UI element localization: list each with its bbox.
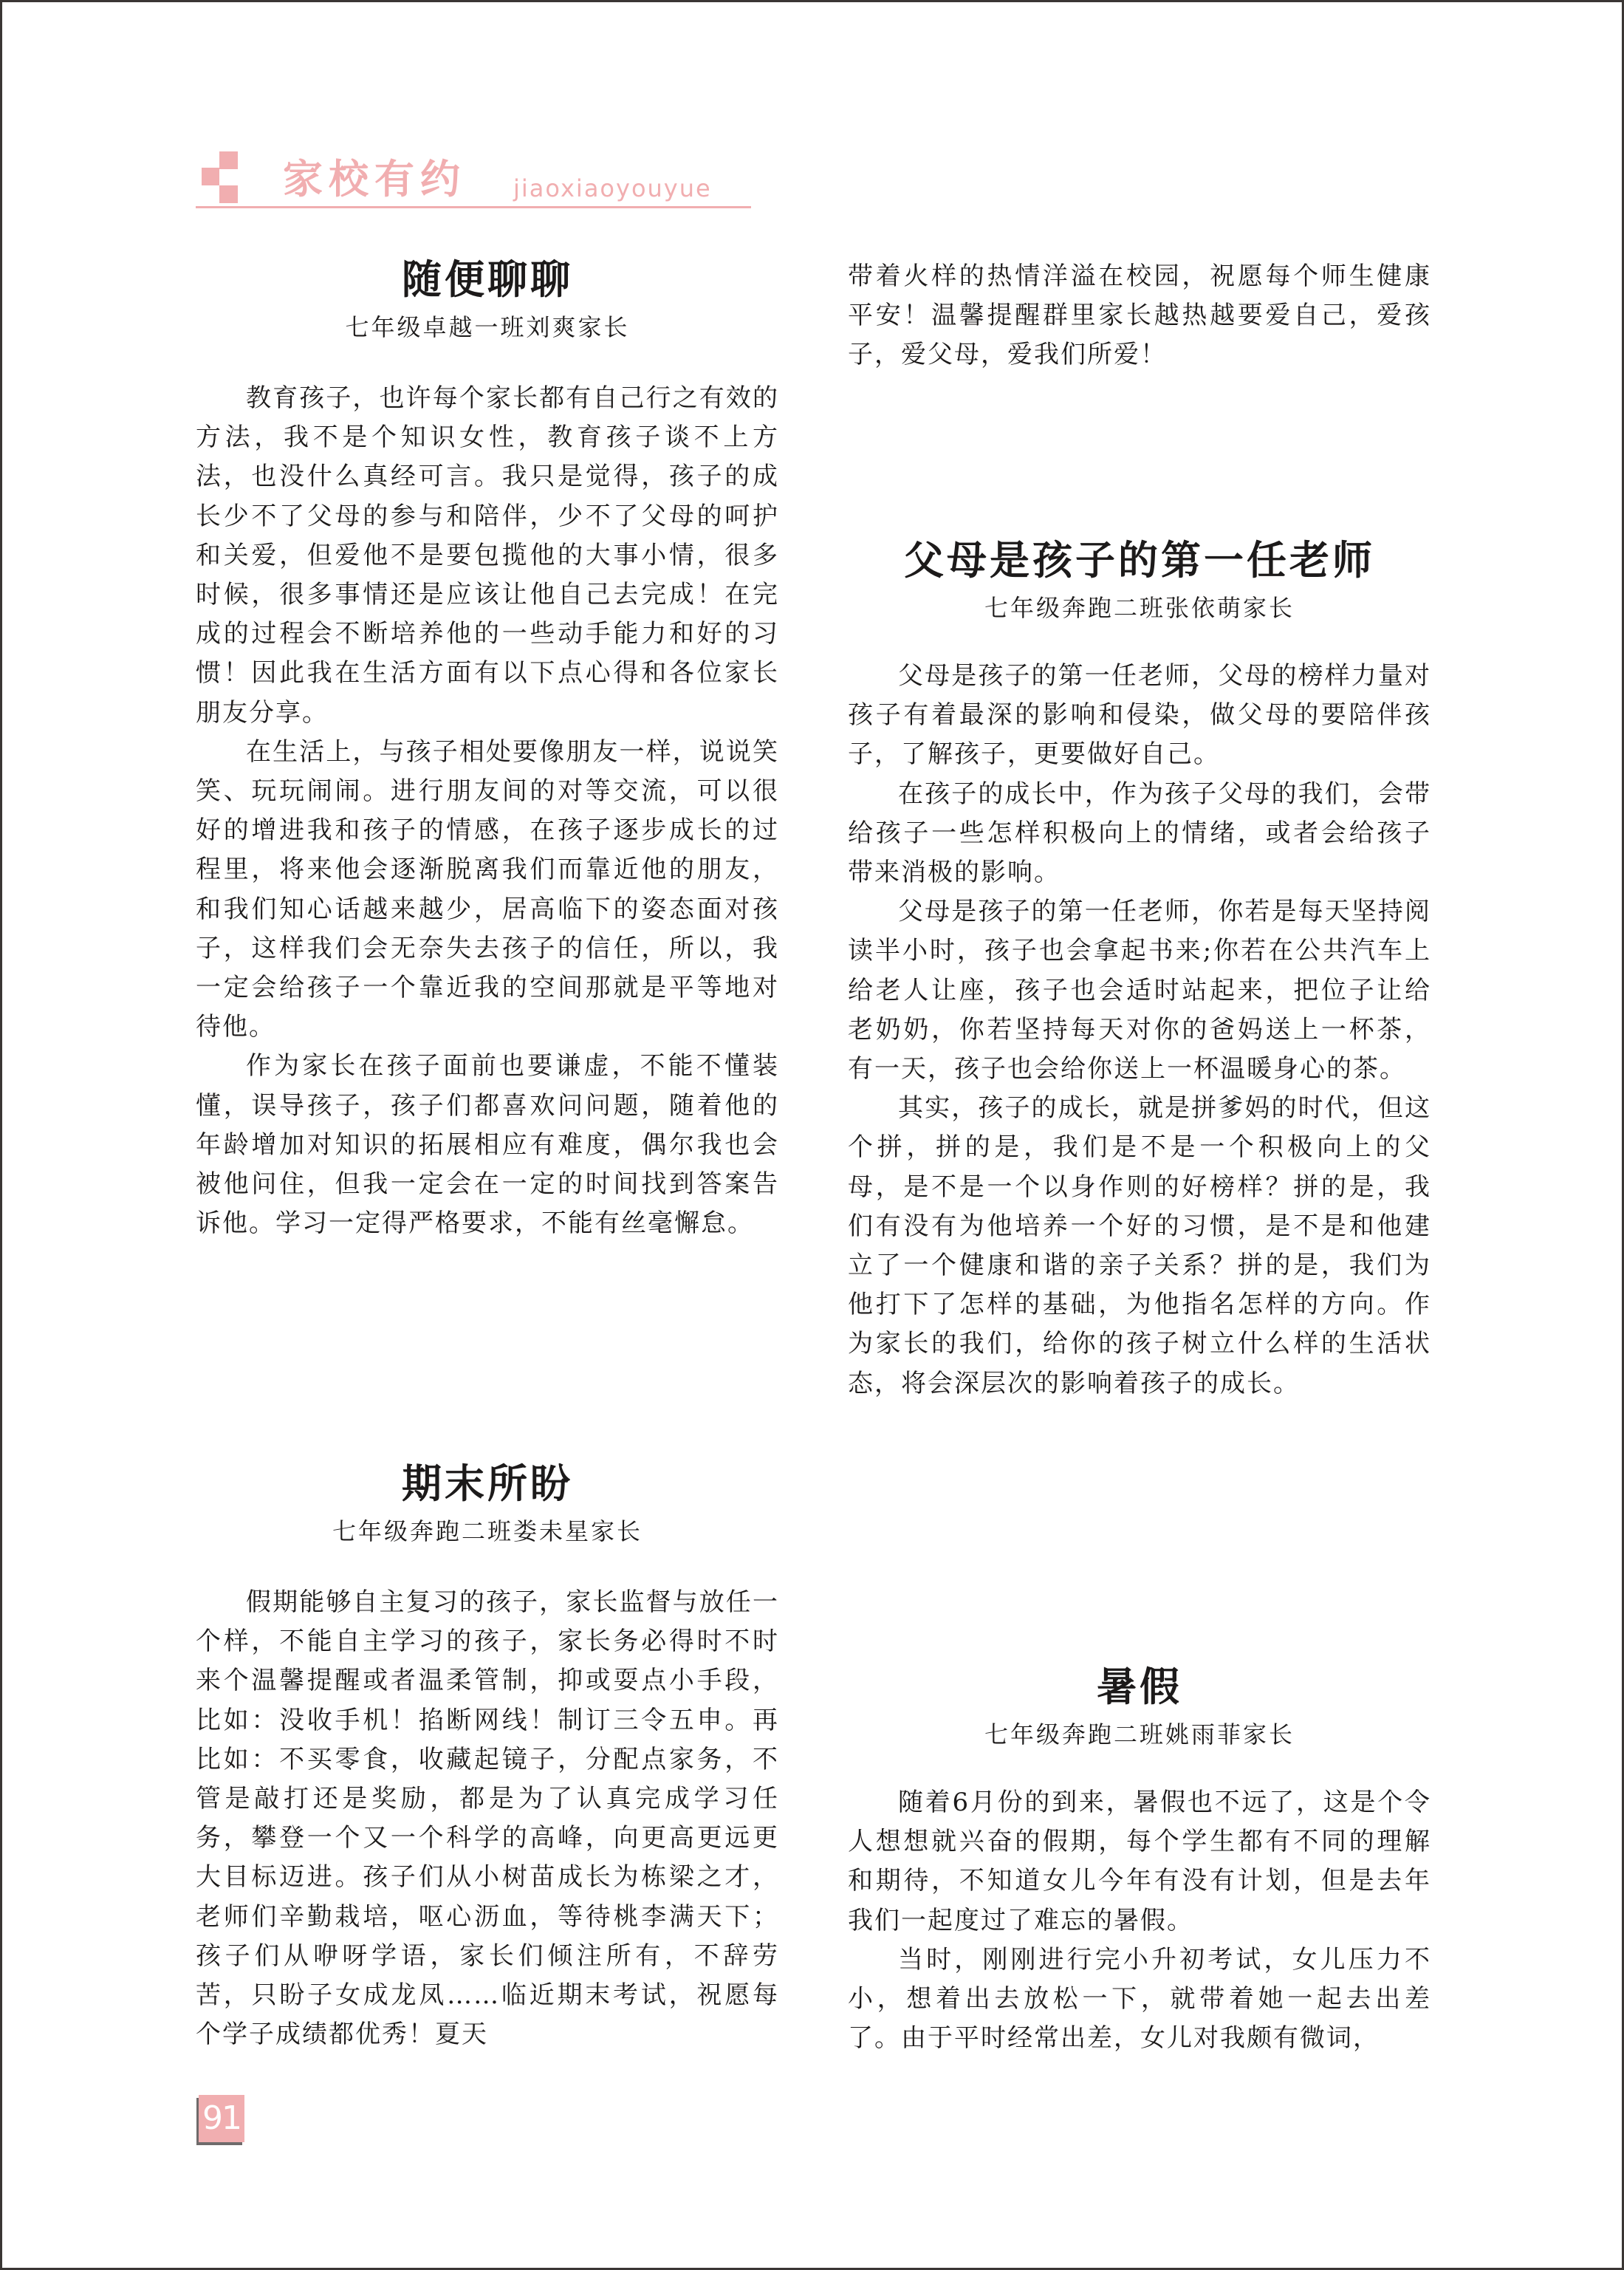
logo-square-bottom bbox=[219, 185, 238, 203]
paragraph: 假期能够自主复习的孩子，家长监督与放任一个样，不能自主学习的孩子，家长务必得时不… bbox=[196, 1583, 779, 2054]
logo-square-top bbox=[219, 151, 238, 169]
article-author: 七年级奔跑二班娄未星家长 bbox=[196, 1515, 779, 1548]
article-title: 父母是孩子的第一任老师 bbox=[848, 534, 1431, 586]
section-title: 家校有约 bbox=[283, 156, 466, 203]
article-continuation: 带着火样的热情洋溢在校园，祝愿每个师生健康平安！温馨提醒群里家长越热越要爱自己，… bbox=[848, 257, 1431, 375]
article-author: 七年级奔跑二班张依萌家长 bbox=[848, 592, 1431, 624]
paragraph: 父母是孩子的第一任老师，父母的榜样力量对孩子有着最深的影响和侵染，做父母的要陪伴… bbox=[848, 657, 1431, 775]
article-author: 七年级奔跑二班姚雨菲家长 bbox=[848, 1718, 1431, 1751]
paragraph: 作为家长在孩子面前也要谦虚，不能不懂装懂，误导孩子，孩子们都喜欢问问题，随着他的… bbox=[196, 1047, 779, 1243]
article-title: 暑假 bbox=[848, 1661, 1431, 1712]
paragraph: 随着6月份的到来，暑假也不远了，这是个令人想想就兴奋的假期，每个学生都有不同的理… bbox=[848, 1783, 1431, 1941]
section-pinyin: jiaoxiaoyouyue bbox=[513, 174, 712, 203]
article-author: 七年级卓越一班刘爽家长 bbox=[196, 311, 779, 343]
article-casual-chat: 随便聊聊 七年级卓越一班刘爽家长 教育孩子，也许每个家长都有自己行之有效的方法，… bbox=[196, 253, 779, 1243]
article-final-exam-hopes: 期末所盼 七年级奔跑二班娄未星家长 假期能够自主复习的孩子，家长监督与放任一个样… bbox=[196, 1457, 779, 2054]
article-summer-vacation: 暑假 七年级奔跑二班姚雨菲家长 随着6月份的到来，暑假也不远了，这是个令人想想就… bbox=[848, 1661, 1431, 2058]
article-body: 父母是孩子的第一任老师，父母的榜样力量对孩子有着最深的影响和侵染，做父母的要陪伴… bbox=[848, 657, 1431, 1404]
paragraph-continued: 带着火样的热情洋溢在校园，祝愿每个师生健康平安！温馨提醒群里家长越热越要爱自己，… bbox=[848, 257, 1431, 375]
page-number: 91 bbox=[199, 2095, 244, 2142]
article-title: 随便聊聊 bbox=[196, 253, 779, 305]
paragraph: 教育孩子，也许每个家长都有自己行之有效的方法，我不是个知识女性，教育孩子谈不上方… bbox=[196, 379, 779, 733]
paragraph: 在生活上，与孩子相处要像朋友一样，说说笑笑、玩玩闹闹。进行朋友间的对等交流，可以… bbox=[196, 733, 779, 1047]
header-divider bbox=[196, 206, 751, 208]
article-body: 教育孩子，也许每个家长都有自己行之有效的方法，我不是个知识女性，教育孩子谈不上方… bbox=[196, 379, 779, 1243]
article-body: 随着6月份的到来，暑假也不远了，这是个令人想想就兴奋的假期，每个学生都有不同的理… bbox=[848, 1783, 1431, 2058]
magazine-page: 家校有约 jiaoxiaoyouyue 随便聊聊 七年级卓越一班刘爽家长 教育孩… bbox=[0, 0, 1624, 2270]
paragraph: 当时，刚刚进行完小升初考试，女儿压力不小，想着出去放松一下，就带着她一起去出差了… bbox=[848, 1941, 1431, 2059]
article-body: 假期能够自主复习的孩子，家长监督与放任一个样，不能自主学习的孩子，家长务必得时不… bbox=[196, 1583, 779, 2054]
article-parents-first-teacher: 父母是孩子的第一任老师 七年级奔跑二班张依萌家长 父母是孩子的第一任老师，父母的… bbox=[848, 534, 1431, 1404]
paragraph: 在孩子的成长中，作为孩子父母的我们，会带给孩子一些怎样积极向上的情绪，或者会给孩… bbox=[848, 775, 1431, 893]
logo-square-middle bbox=[202, 168, 219, 185]
paragraph: 父母是孩子的第一任老师，你若是每天坚持阅读半小时，孩子也会拿起书来;你若在公共汽… bbox=[848, 892, 1431, 1089]
article-title: 期末所盼 bbox=[196, 1457, 779, 1509]
paragraph: 其实，孩子的成长，就是拼爹妈的时代，但这个拼，拼的是，我们是不是一个积极向上的父… bbox=[848, 1089, 1431, 1404]
